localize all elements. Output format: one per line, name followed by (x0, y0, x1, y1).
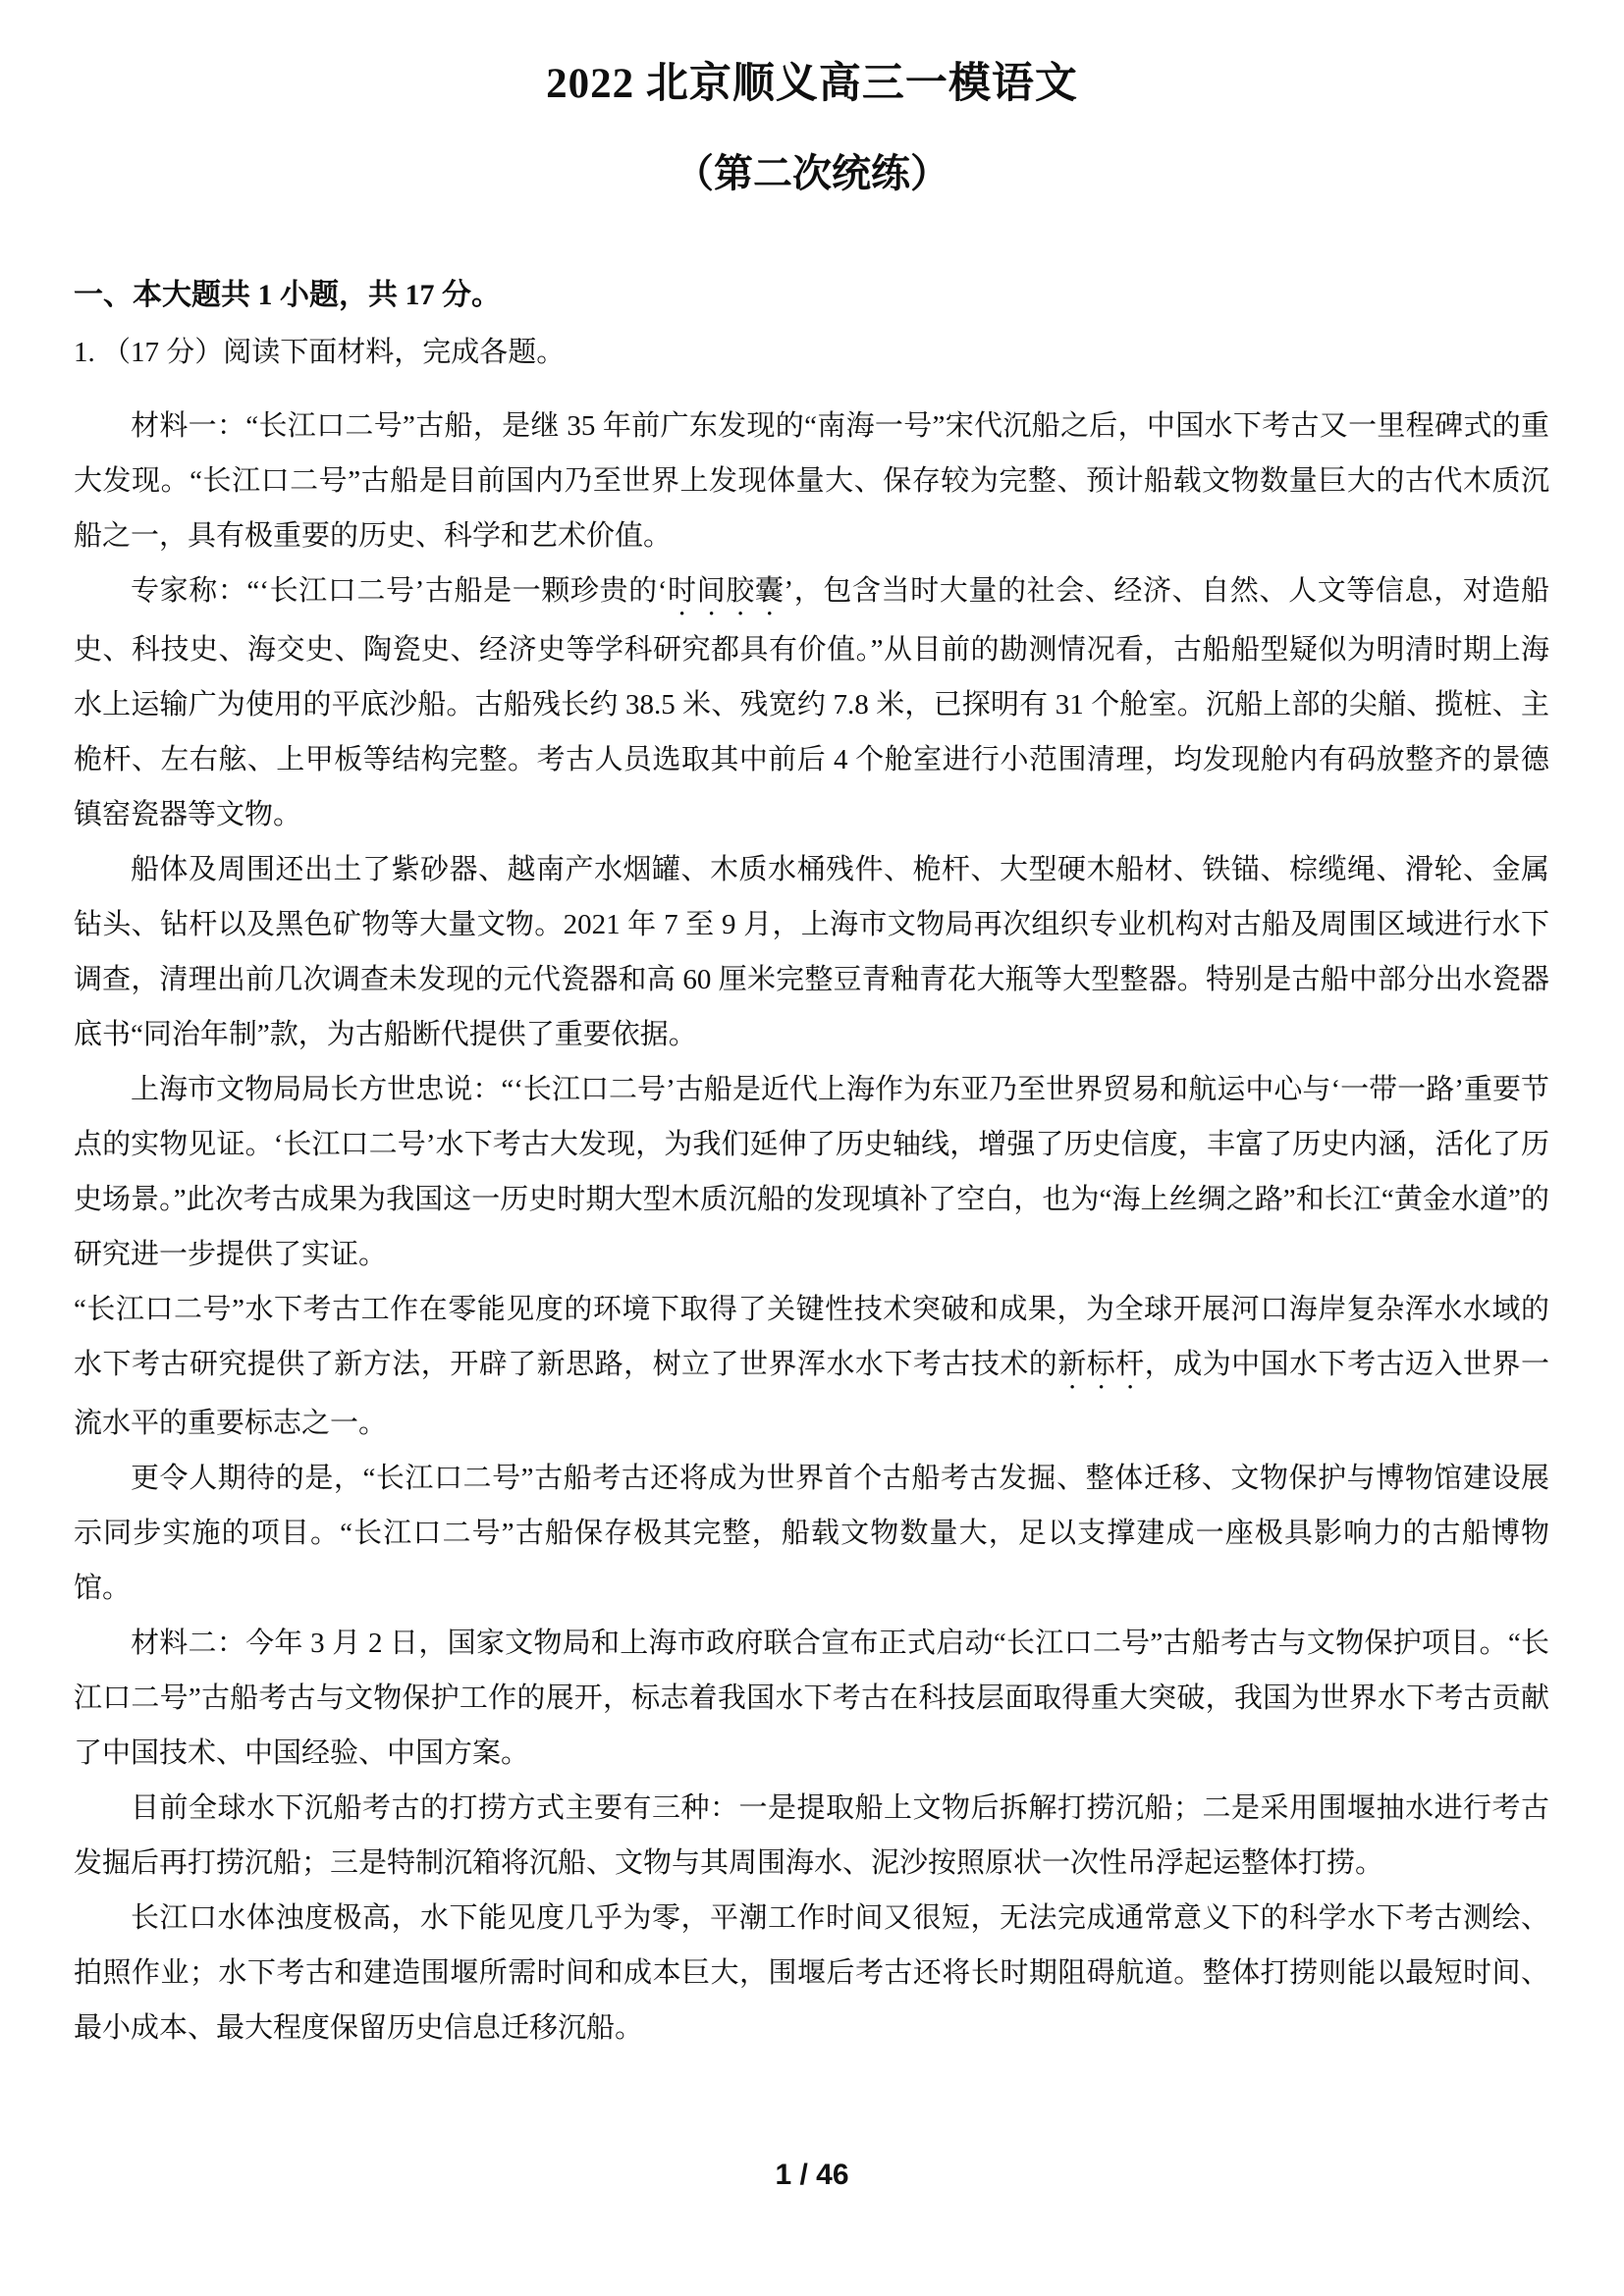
document-page: 2022 北京顺义高三一模语文 （第二次统练） 一、本大题共 1 小题，共 17… (0, 0, 1624, 2296)
document-subtitle: （第二次统练） (0, 149, 1624, 198)
emphasis-dots: 时间胶囊 (667, 575, 784, 607)
passage-paragraph: 更令人期待的是，“长江口二号”古船考古还将成为世界首个古船考古发掘、整体迁移、文… (74, 1451, 1549, 1616)
section-heading: 一、本大题共 1 小题，共 17 分。 (74, 275, 1550, 316)
passage-paragraph: 上海市文物局局长方世忠说：“‘长江口二号’古船是近代上海作为东亚乃至世界贸易和航… (74, 1062, 1549, 1282)
emphasis-dots: 新标杆 (1057, 1349, 1144, 1380)
page-number: 1 / 46 (0, 2159, 1624, 2192)
passage-paragraph: 长江口水体浊度极高，水下能见度几乎为零，平潮工作时间又很短，无法完成通常意义下的… (74, 1891, 1549, 2056)
passage-paragraph: 目前全球水下沉船考古的打捞方式主要有三种：一是提取船上文物后拆解打捞沉船；二是采… (74, 1781, 1549, 1891)
question-intro: 1. （17 分）阅读下面材料，完成各题。 (74, 332, 1547, 373)
passage-paragraph: “长江口二号”水下考古工作在零能见度的环境下取得了关键性技术突破和成果，为全球开… (74, 1282, 1549, 1451)
passage-paragraph: 材料二：今年 3 月 2 日，国家文物局和上海市政府联合宣布正式启动“长江口二号… (74, 1616, 1549, 1781)
passage-paragraph: 专家称：“‘长江口二号’古船是一颗珍贵的‘时间胶囊’，包含当时大量的社会、经济、… (74, 563, 1549, 842)
document-title: 2022 北京顺义高三一模语文 (0, 0, 1624, 110)
passage: 材料一：“长江口二号”古船，是继 35 年前广东发现的“南海一号”宋代沉船之后，… (74, 399, 1549, 2056)
passage-paragraph: 材料一：“长江口二号”古船，是继 35 年前广东发现的“南海一号”宋代沉船之后，… (74, 399, 1549, 563)
passage-paragraph: 船体及周围还出土了紫砂器、越南产水烟罐、木质水桶残件、桅杆、大型硬木船材、铁锚、… (74, 842, 1549, 1062)
